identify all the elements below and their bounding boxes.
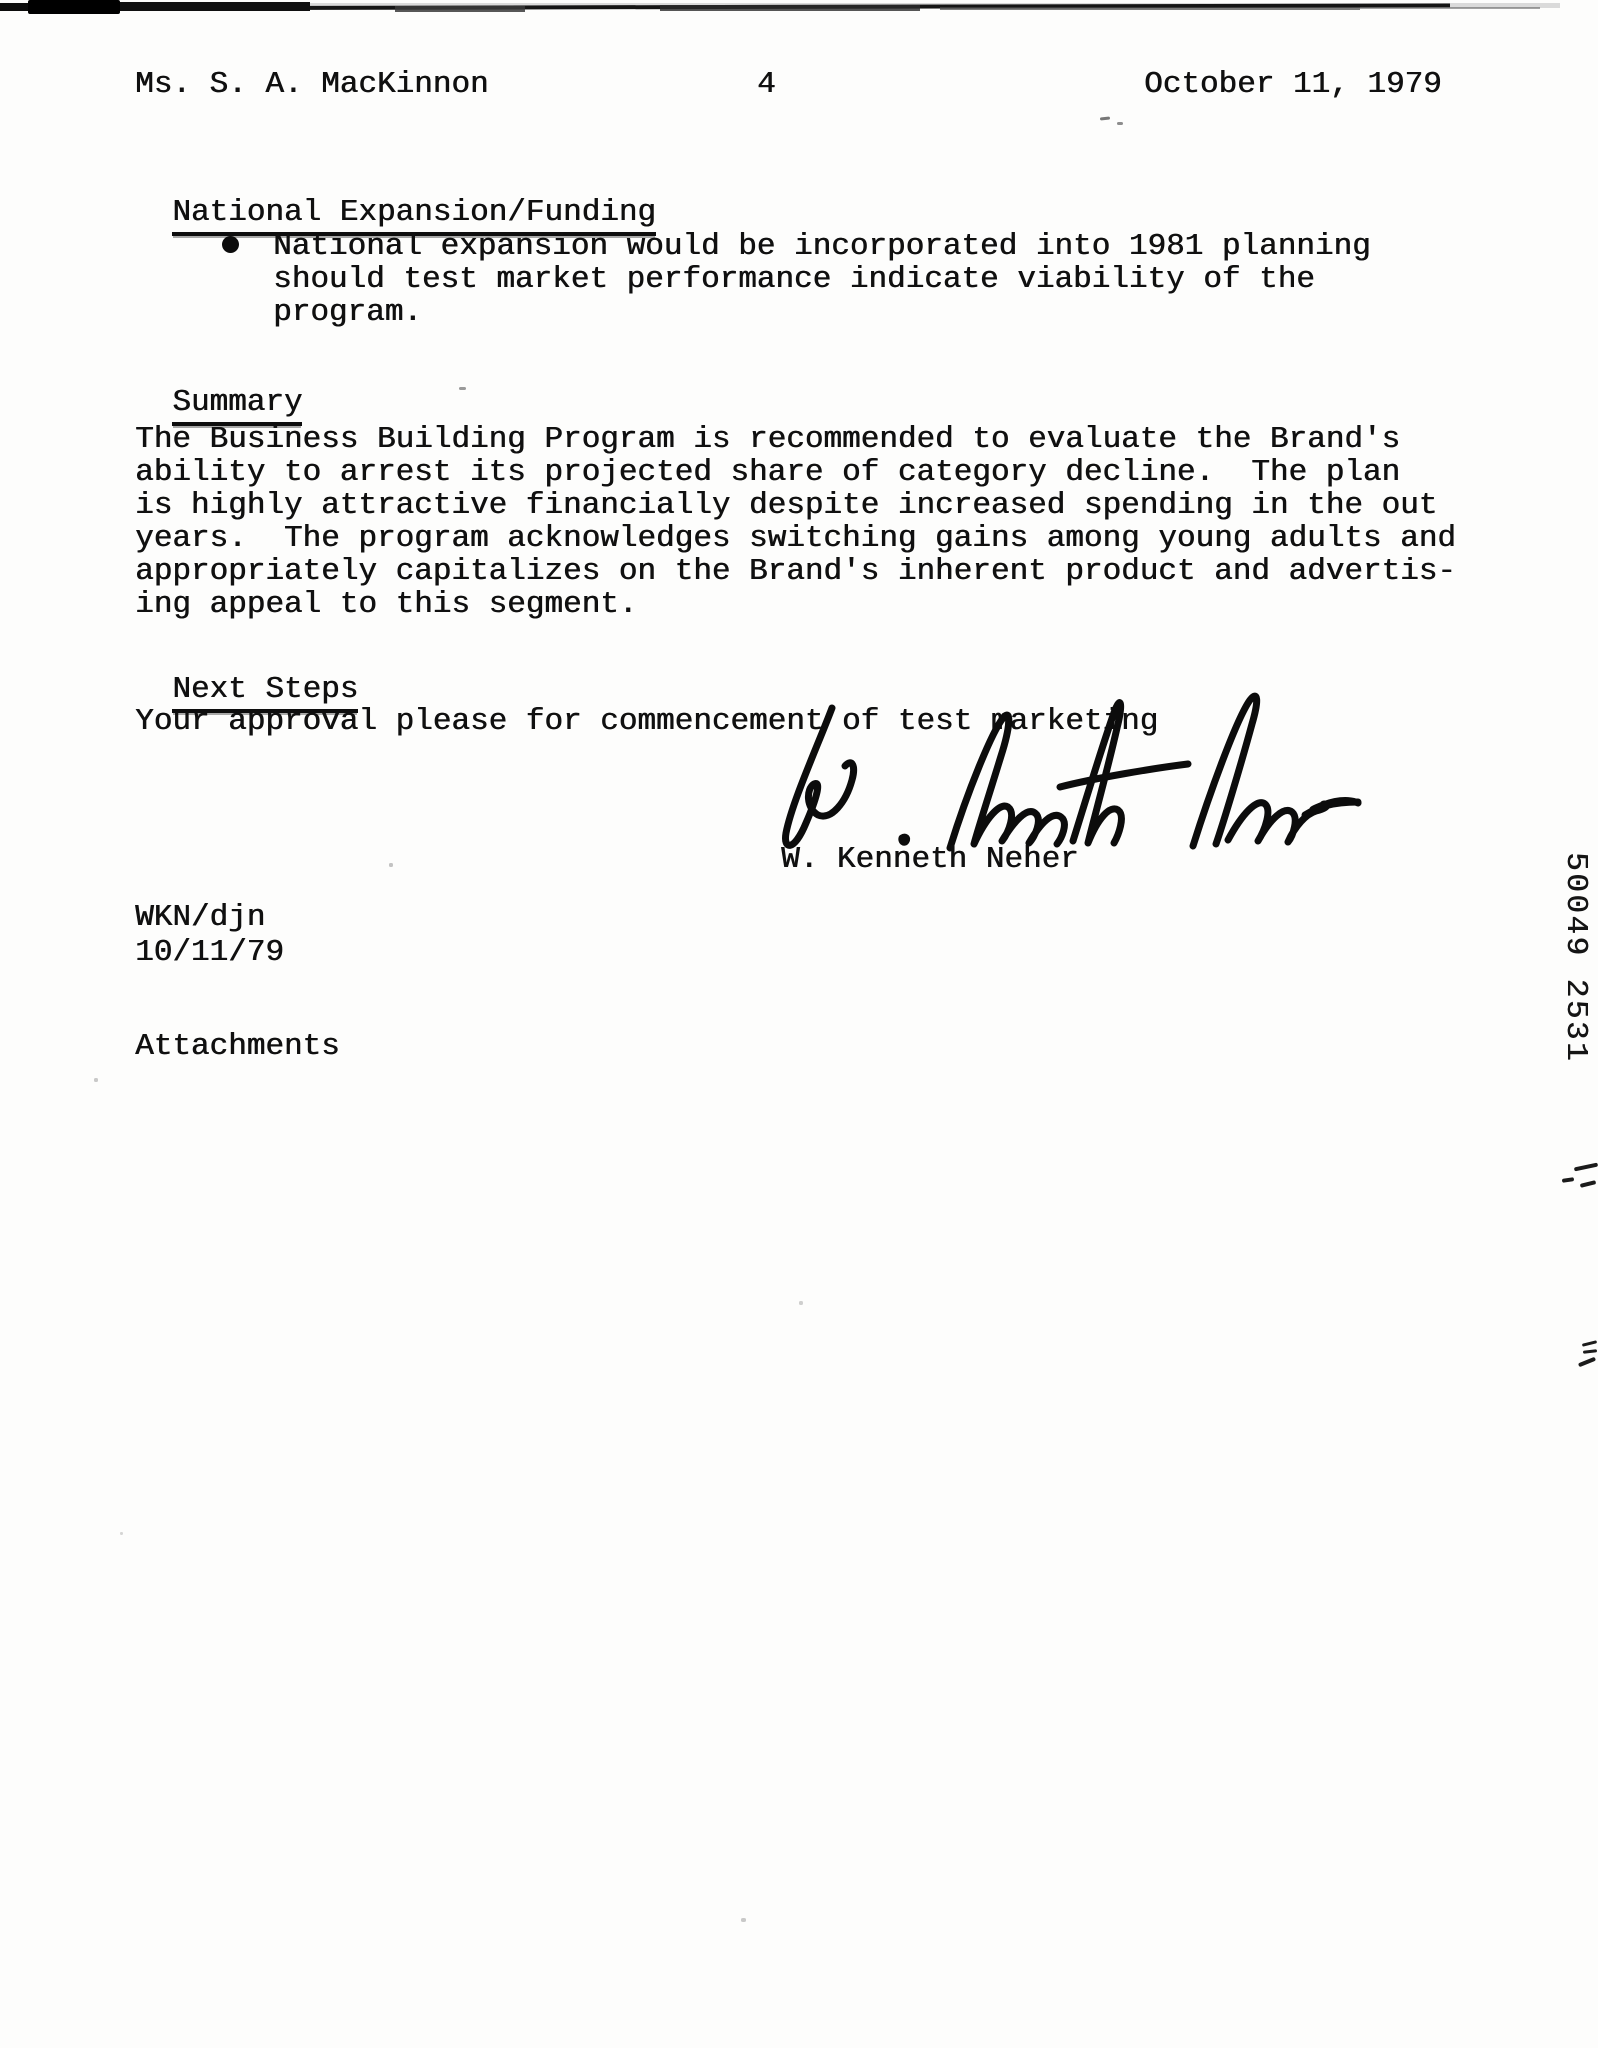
footer-attachments: Attachments [135, 1030, 340, 1063]
scan-speck [120, 1532, 123, 1535]
scan-speck [389, 863, 393, 867]
scan-speck [94, 1078, 98, 1082]
bullet-line: National expansion would be incorporated… [273, 230, 1371, 263]
scan-speck [459, 387, 466, 390]
scan-smudge [1117, 122, 1123, 125]
section-summary-heading-text: Summary [172, 386, 302, 426]
section-next-steps-heading: Next Steps [135, 640, 358, 713]
scan-smudge [1100, 116, 1110, 120]
scan-speck [799, 1301, 803, 1305]
edge-artifact-cluster [1576, 1340, 1598, 1374]
summary-line: years. The program acknowledges switchin… [135, 522, 1456, 555]
scan-speck [741, 1918, 746, 1922]
section-expansion-heading: National Expansion/Funding [135, 163, 656, 236]
bullet-icon [222, 236, 239, 253]
bullet-line: should test market performance indicate … [273, 263, 1315, 296]
bullet-line: program. [273, 296, 422, 329]
header-date: October 11, 1979 [1144, 68, 1442, 101]
section-summary-heading: Summary [135, 353, 302, 426]
summary-line: ing appeal to this segment. [135, 588, 637, 621]
docket-number: 50049 2531 [1558, 852, 1593, 1063]
signature-script [760, 690, 1360, 865]
summary-line: appropriately capitalizes on the Brand's… [135, 555, 1456, 588]
header-recipient: Ms. S. A. MacKinnon [135, 68, 488, 101]
signature-typed-name: W. Kenneth Neher [781, 843, 1079, 876]
summary-line: The Business Building Program is recomme… [135, 423, 1400, 456]
header-page-number: 4 [757, 68, 776, 101]
summary-line: ability to arrest its projected share of… [135, 456, 1400, 489]
scan-artifact-top-bar [0, 0, 1598, 22]
footer-initials: WKN/djn [135, 901, 265, 934]
footer-date: 10/11/79 [135, 936, 284, 969]
edge-artifact-cluster [1560, 1160, 1598, 1200]
summary-line: is highly attractive financially despite… [135, 489, 1437, 522]
